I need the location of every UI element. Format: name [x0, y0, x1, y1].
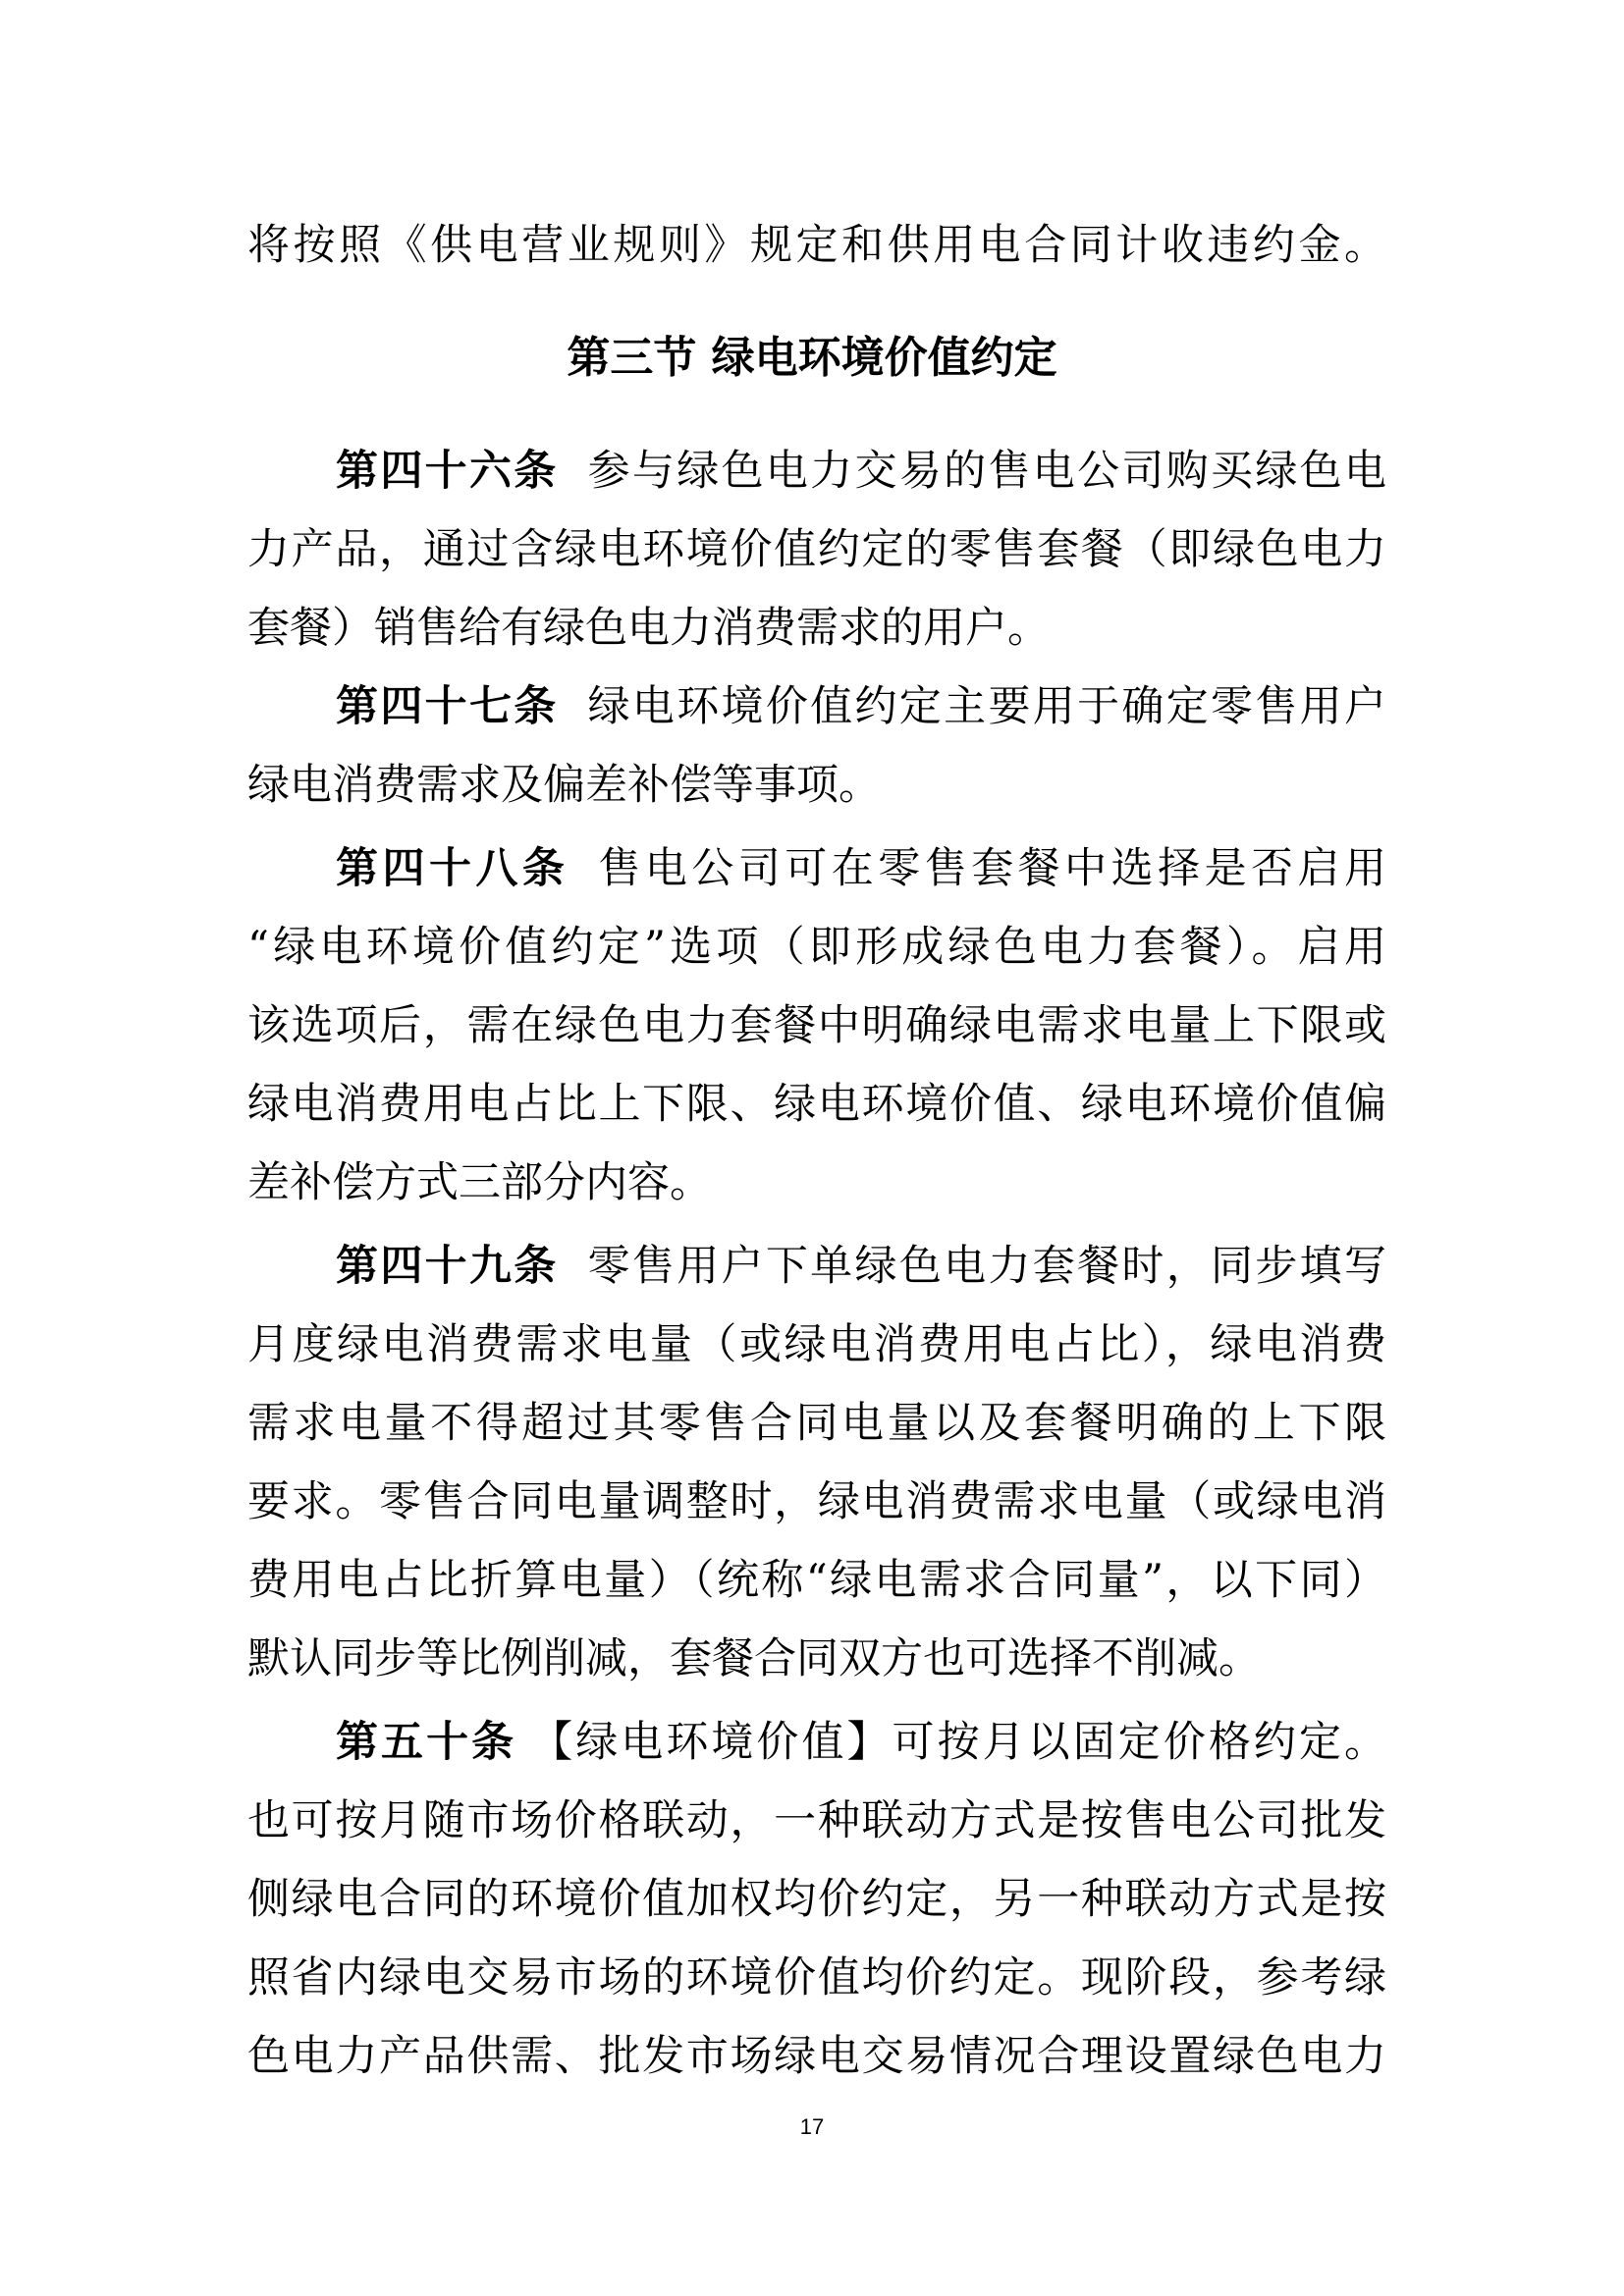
article-number: 第四十七条	[336, 682, 559, 731]
article-49-line-4: 要求。零售合同电量调整时，绿电消费需求电量（或绿电消	[247, 1463, 1386, 1541]
article-48-line-3: 该选项后，需在绿色电力套餐中明确绿电需求电量上下限或	[247, 987, 1386, 1065]
continuation-line: 将按照《供电营业规则》规定和供用电合同计收违约金。	[247, 206, 1386, 285]
article-number: 第五十条	[336, 1718, 516, 1767]
article-50-line-5: 色电力产品供需、批发市场绿电交易情况合理设置绿色电力	[247, 2017, 1386, 2096]
document-page: 将按照《供电营业规则》规定和供用电合同计收违约金。 第三节 绿电环境价值约定 第…	[0, 0, 1624, 2296]
article-49-line-3: 需求电量不得超过其零售合同电量以及套餐明确的上下限	[247, 1384, 1386, 1463]
article-50-line-4: 照省内绿电交易市场的环境价值均价约定。现阶段，参考绿	[247, 1939, 1386, 2017]
article-46-line-1: 第四十六条参与绿色电力交易的售电公司购买绿色电	[336, 432, 1386, 510]
article-text: 零售用户下单绿色电力套餐时，同步填写	[559, 1242, 1386, 1291]
article-49-line-6: 默认同步等比例削减，套餐合同双方也可选择不削减。	[247, 1620, 1386, 1698]
article-49-line-1: 第四十九条零售用户下单绿色电力套餐时，同步填写	[336, 1227, 1386, 1306]
article-49-line-2: 月度绿电消费需求电量（或绿电消费用电占比），绿电消费	[247, 1306, 1386, 1384]
article-48-line-1: 第四十八条售电公司可在零售套餐中选择是否启用	[336, 829, 1386, 908]
article-number: 第四十九条	[336, 1242, 559, 1291]
article-text: 绿电环境价值约定主要用于确定零售用户	[559, 682, 1386, 731]
article-48-line-2: “绿电环境价值约定”选项（即形成绿色电力套餐）。启用	[247, 908, 1386, 987]
article-50-line-3: 侧绿电合同的环境价值加权均价约定，另一种联动方式是按	[247, 1860, 1386, 1939]
article-text: 售电公司可在零售套餐中选择是否启用	[568, 844, 1386, 893]
article-50-line-2: 也可按月随市场价格联动，一种联动方式是按售电公司批发	[247, 1782, 1386, 1860]
article-number: 第四十六条	[336, 447, 559, 496]
article-46-line-3: 套餐）销售给有绿色电力消费需求的用户。	[247, 589, 1386, 667]
article-text: 参与绿色电力交易的售电公司购买绿色电	[559, 447, 1386, 496]
article-47-line-2: 绿电消费需求及偏差补偿等事项。	[247, 746, 1386, 825]
page-number: 17	[0, 2110, 1624, 2144]
article-49-line-5: 费用电占比折算电量）（统称“绿电需求合同量”，以下同）	[247, 1541, 1386, 1620]
article-50-line-1: 第五十条【绿电环境价值】可按月以固定价格约定。	[336, 1703, 1386, 1782]
article-text: 【绿电环境价值】可按月以固定价格约定。	[516, 1718, 1386, 1767]
article-46-line-2: 力产品，通过含绿电环境价值约定的零售套餐（即绿色电力	[247, 510, 1386, 589]
article-48-line-4: 绿电消费用电占比上下限、绿电环境价值、绿电环境价值偏	[247, 1065, 1386, 1144]
article-48-line-5: 差补偿方式三部分内容。	[247, 1144, 1386, 1222]
section-heading: 第三节 绿电环境价值约定	[0, 319, 1624, 398]
article-47-line-1: 第四十七条绿电环境价值约定主要用于确定零售用户	[336, 667, 1386, 746]
article-number: 第四十八条	[336, 844, 568, 893]
